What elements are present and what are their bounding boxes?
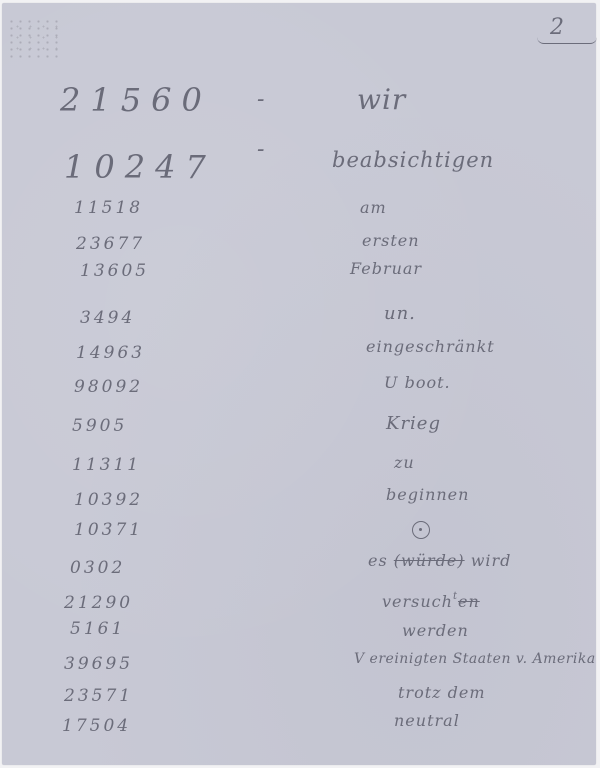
page-number-underline xyxy=(537,37,597,44)
code-row: 13605 xyxy=(80,261,149,281)
word-row: Krieg xyxy=(386,413,441,434)
full-stop-circle-icon xyxy=(412,521,430,539)
code-row: 23677 xyxy=(76,234,145,254)
word-row: neutral xyxy=(394,711,460,730)
code-row: 3494 xyxy=(80,308,135,328)
word-row: eingeschränkt xyxy=(366,337,495,356)
code-row: 14963 xyxy=(76,343,145,363)
word-base: versuch xyxy=(382,592,453,611)
word-row: ersten xyxy=(362,231,420,250)
code-21560: 21560 xyxy=(60,81,212,119)
code-row: 17504 xyxy=(62,716,131,736)
code-row: 11311 xyxy=(72,455,141,475)
word-row: V ereinigten Staaten v. Amerika xyxy=(354,651,596,667)
word-row: Februar xyxy=(350,259,422,278)
word-row: un. xyxy=(384,303,416,324)
code-row: 10371 xyxy=(74,520,143,540)
code-row: 0302 xyxy=(70,558,125,578)
struck-word: (würde) xyxy=(394,551,465,570)
code-row: 21290 xyxy=(64,593,133,613)
code-row: 23571 xyxy=(64,686,133,706)
word-main: wird xyxy=(471,551,512,570)
word-row: versuchten xyxy=(382,591,480,611)
word-row: werden xyxy=(402,621,469,640)
word-prefix: es xyxy=(368,551,388,570)
code-row: 39695 xyxy=(64,654,133,674)
word-wir: wir xyxy=(357,83,406,116)
dash-separator: - xyxy=(257,87,265,112)
word-beabsichtigen: beabsichtigen xyxy=(332,148,494,172)
word-row: beginnen xyxy=(386,485,469,504)
code-row: 5161 xyxy=(70,619,125,639)
paper-specks xyxy=(7,18,62,58)
word-row: U boot. xyxy=(384,373,451,392)
word-row: es (würde) wird xyxy=(368,551,511,570)
code-row: 5905 xyxy=(72,416,127,436)
code-row: 98092 xyxy=(74,377,143,397)
word-row: zu xyxy=(394,453,415,472)
document-page: 2 21560 - wir 10247 - beabsichtigen 1151… xyxy=(2,3,596,765)
code-10247: 10247 xyxy=(64,148,216,186)
dash-separator: - xyxy=(257,137,265,162)
code-row: 10392 xyxy=(74,490,143,510)
word-row: trotz dem xyxy=(398,683,486,702)
word-row: am xyxy=(360,198,387,217)
code-row: 11518 xyxy=(74,198,143,218)
struck-suffix: en xyxy=(458,592,480,611)
